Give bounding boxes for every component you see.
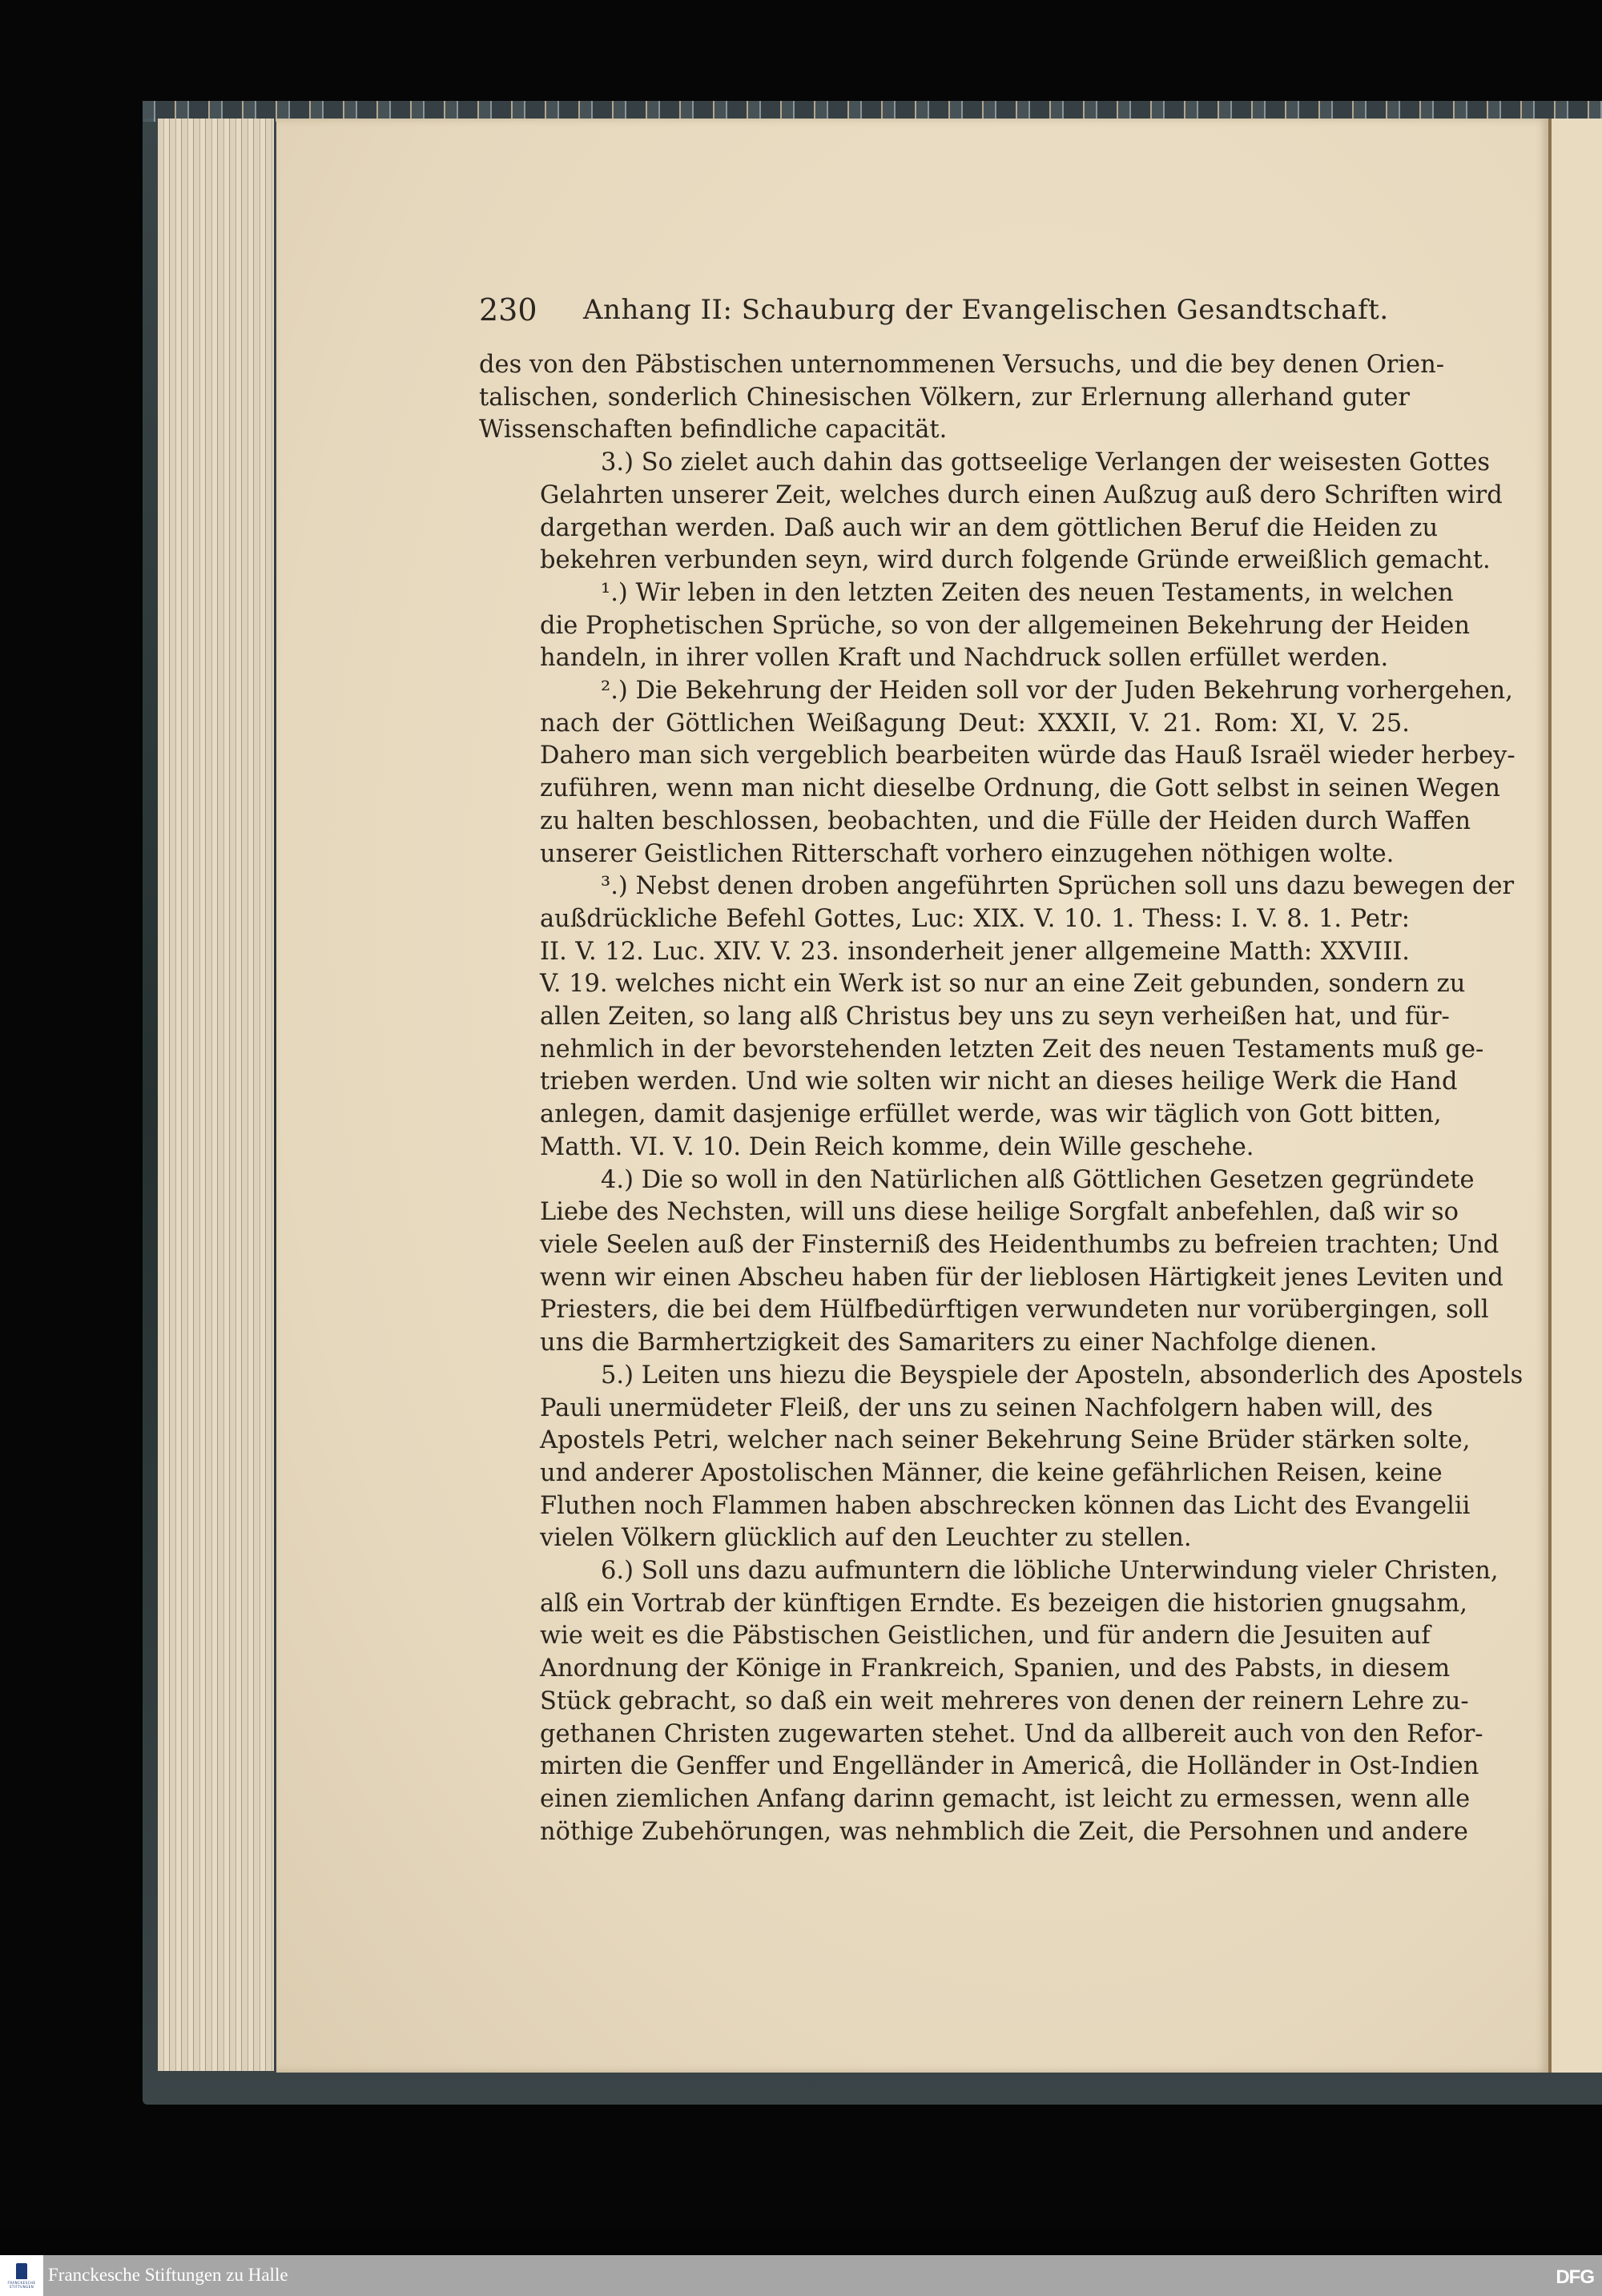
text-line: und anderer Apostolischen Männer, die ke… [479, 1458, 1410, 1490]
body-text: des von den Päbstischen unternommenen Ve… [479, 349, 1410, 1848]
text-line: zuführen, wenn man nicht dieselbe Ordnun… [479, 773, 1410, 806]
text-line: II. V. 12. Luc. XIV. V. 23. insonderheit… [479, 936, 1410, 969]
text-line: uns die Barmhertzigkeit des Samariters z… [479, 1327, 1410, 1360]
page-block-edges [158, 119, 274, 2071]
paragraph: 3.) So zielet auch dahin das gottseelige… [479, 447, 1410, 577]
text-line: Fluthen noch Flammen haben abschrecken k… [479, 1490, 1410, 1523]
footer-bar: FRANCKESCHE STIFTUNGEN Franckesche Stift… [0, 2255, 1602, 2296]
text-line: Pauli unermüdeter Fleiß, der uns zu sein… [479, 1393, 1410, 1425]
text-line: gethanen Christen zugewarten stehet. Und… [479, 1719, 1410, 1751]
institution-name: Franckesche Stiftungen zu Halle [48, 2265, 288, 2286]
text-line: Priesters, die bei dem Hülfbedürftigen v… [479, 1294, 1410, 1327]
text-line: alß ein Vortrab der künftigen Erndte. Es… [479, 1588, 1410, 1621]
text-line: dargethan werden. Daß auch wir an dem gö… [479, 513, 1410, 545]
text-line: trieben werden. Und wie solten wir nicht… [479, 1066, 1410, 1099]
page-number: 230 [479, 292, 537, 328]
text-line: Dahero man sich vergeblich bearbeiten wü… [479, 740, 1410, 773]
paragraph: ².) Die Bekehrung der Heiden soll vor de… [479, 675, 1410, 871]
text-line: ³.) Nebst denen droben angeführten Sprüc… [479, 871, 1410, 903]
paragraph: des von den Päbstischen unternommenen Ve… [479, 349, 1410, 447]
text-line: handeln, in ihrer vollen Kraft und Nachd… [479, 642, 1410, 675]
logo-icon [16, 2263, 27, 2279]
text-line: unserer Geistlichen Ritterschaft vorhero… [479, 838, 1410, 871]
text-line: anlegen, damit dasjenige erfüllet werde,… [479, 1099, 1410, 1132]
facing-page-edge [1552, 119, 1602, 2073]
text-line: 6.) Soll uns dazu aufmuntern die löblich… [479, 1555, 1410, 1588]
text-line: mirten die Genffer und Engelländer in Am… [479, 1751, 1410, 1783]
paragraph: 5.) Leiten uns hiezu die Beyspiele der A… [479, 1360, 1410, 1555]
text-line: V. 19. welches nicht ein Werk ist so nur… [479, 968, 1410, 1001]
text-line: zu halten beschlossen, beobachten, und d… [479, 806, 1410, 838]
text-line: Apostels Petri, welcher nach seiner Beke… [479, 1425, 1410, 1458]
text-line: Anordnung der Könige in Frankreich, Span… [479, 1653, 1410, 1686]
text-line: talischen, sonderlich Chinesischen Völke… [479, 382, 1410, 415]
text-line: ².) Die Bekehrung der Heiden soll vor de… [479, 675, 1410, 708]
page-header: 230 Anhang II: Schauburg der Evangelisch… [479, 292, 1288, 340]
logo-text: FRANCKESCHE STIFTUNGEN [0, 2281, 43, 2289]
text-line: des von den Päbstischen unternommenen Ve… [479, 349, 1410, 382]
text-line: nöthige Zubehörungen, was nehmblich die … [479, 1816, 1410, 1849]
running-title: Anhang II: Schauburg der Evangelischen G… [583, 294, 1389, 326]
text-line: Matth. VI. V. 10. Dein Reich komme, dein… [479, 1132, 1410, 1164]
institution-logo[interactable]: FRANCKESCHE STIFTUNGEN [0, 2255, 43, 2296]
paragraph: ³.) Nebst denen droben angeführten Sprüc… [479, 871, 1410, 1164]
text-line: 4.) Die so woll in den Natürlichen alß G… [479, 1164, 1410, 1197]
text-line: nehmlich in der bevorstehenden letzten Z… [479, 1034, 1410, 1067]
paragraph: ¹.) Wir leben in den letzten Zeiten des … [479, 577, 1410, 675]
paragraph: 4.) Die so woll in den Natürlichen alß G… [479, 1164, 1410, 1360]
text-line: außdrückliche Befehl Gottes, Luc: XIX. V… [479, 903, 1410, 936]
text-line: allen Zeiten, so lang alß Christus bey u… [479, 1001, 1410, 1034]
text-line: Liebe des Nechsten, will uns diese heili… [479, 1196, 1410, 1229]
text-line: Gelahrten unserer Zeit, welches durch ei… [479, 480, 1410, 513]
text-line: Wissenschaften befindliche capacität. [479, 414, 1410, 447]
text-line: wie weit es die Päbstischen Geistlichen,… [479, 1620, 1410, 1653]
text-line: nach der Göttlichen Weißagung Deut: XXXI… [479, 708, 1410, 741]
text-line: die Prophetischen Sprüche, so von der al… [479, 610, 1410, 643]
text-line: 5.) Leiten uns hiezu die Beyspiele der A… [479, 1360, 1410, 1393]
text-line: 3.) So zielet auch dahin das gottseelige… [479, 447, 1410, 480]
text-line: einen ziemlichen Anfang darinn gemacht, … [479, 1783, 1410, 1816]
text-line: Stück gebracht, so daß ein weit mehreres… [479, 1686, 1410, 1719]
text-line: bekehren verbunden seyn, wird durch folg… [479, 545, 1410, 577]
text-line: vielen Völkern glücklich auf den Leuchte… [479, 1522, 1410, 1555]
paragraph: 6.) Soll uns dazu aufmuntern die löblich… [479, 1555, 1410, 1848]
text-line: ¹.) Wir leben in den letzten Zeiten des … [479, 577, 1410, 610]
text-line: wenn wir einen Abscheu haben für der lie… [479, 1262, 1410, 1295]
text-line: viele Seelen auß der Finsterniß des Heid… [479, 1229, 1410, 1262]
dfg-logo[interactable]: DFG [1556, 2266, 1594, 2289]
